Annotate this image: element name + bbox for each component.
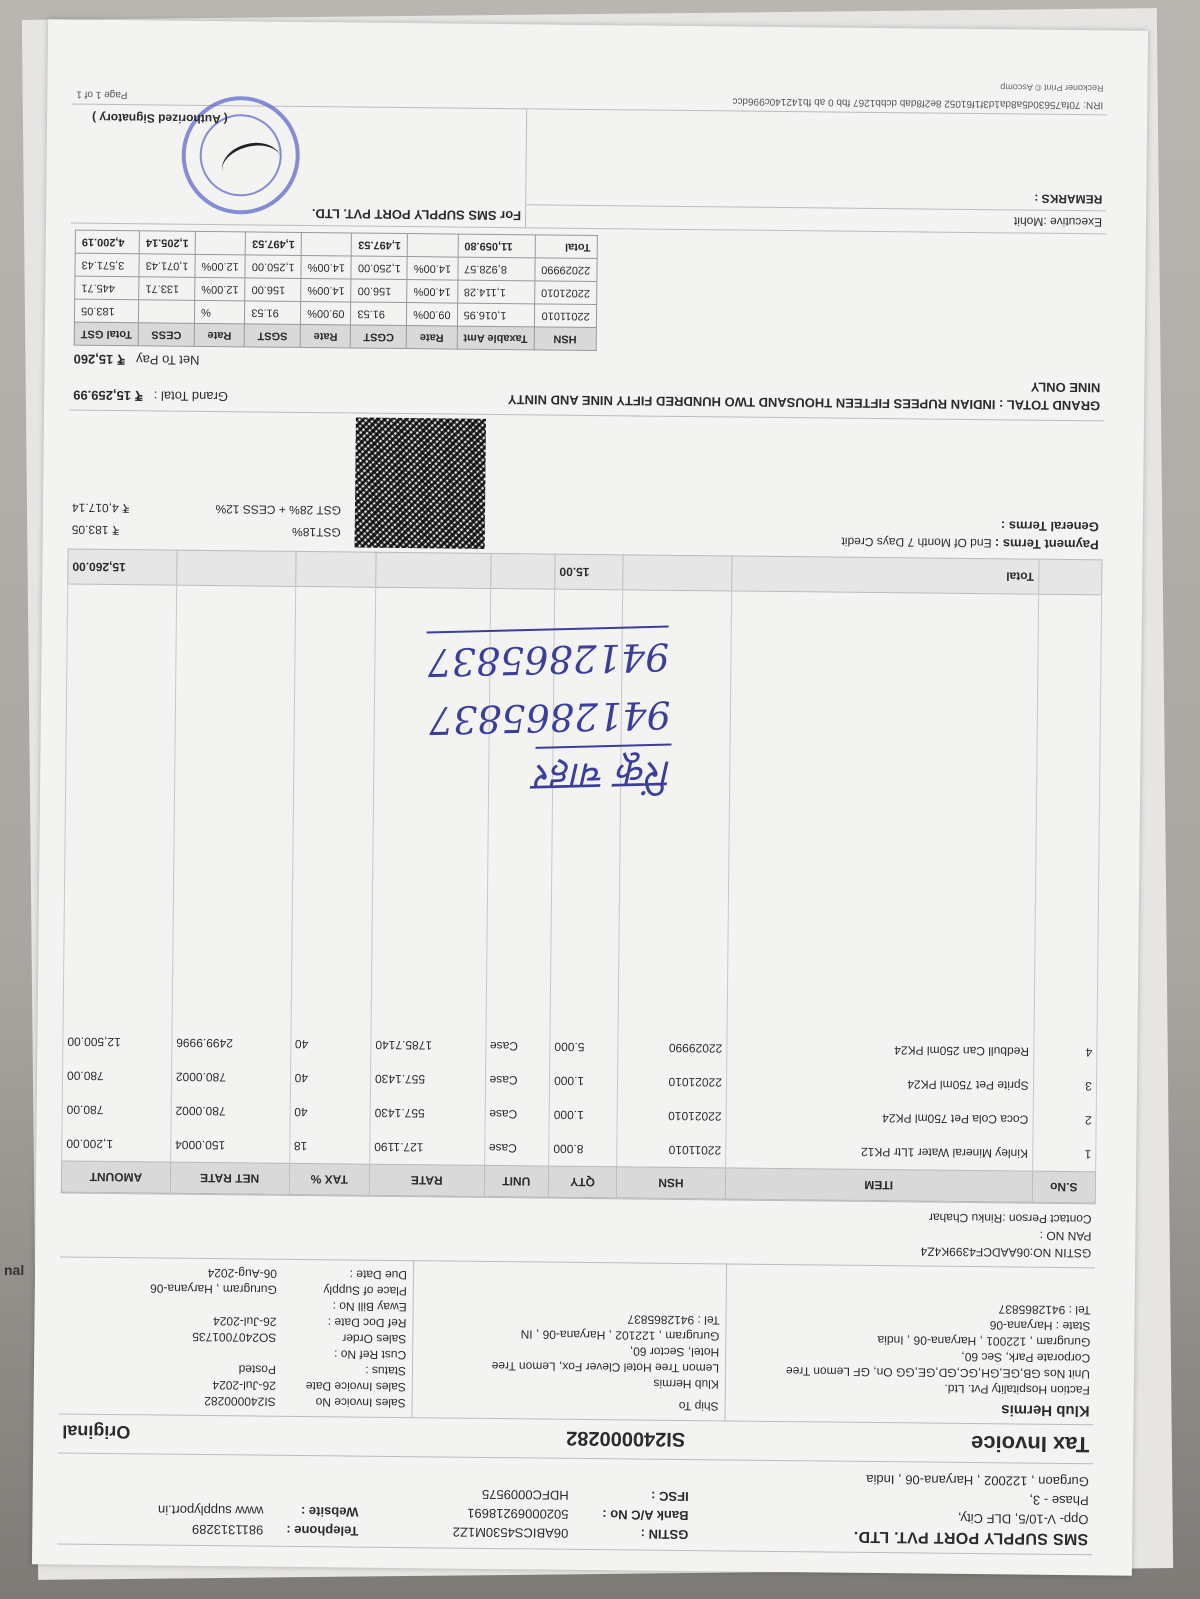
table-cell: 40 <box>290 1027 371 1062</box>
column-header: AMOUNT <box>61 1161 170 1193</box>
gst-column-header: Total GST <box>74 322 138 346</box>
grand-total-label: Grand Total : <box>154 388 228 404</box>
grand-total-value: ₹ 15,259.99 <box>73 388 143 404</box>
table-cell: 40 <box>290 1061 371 1096</box>
table-cell: 1785.7140 <box>371 1028 486 1063</box>
table-cell: 780.0002 <box>171 1094 290 1129</box>
meta-value: 06-Aug-2024 <box>208 1265 278 1282</box>
meta-label: Sales Invoice No <box>276 1394 406 1411</box>
table-cell: 127.1190 <box>370 1130 485 1166</box>
table-cell: 1.000 <box>549 1064 617 1099</box>
table-cell: 557.1430 <box>370 1062 485 1097</box>
table-cell: 2499.9996 <box>172 1026 291 1061</box>
table-cell: Case <box>485 1063 550 1098</box>
table-cell: Case <box>485 1097 550 1132</box>
table-cell: 2 <box>1033 1103 1097 1138</box>
gst-column-header: HSN <box>534 327 596 351</box>
invoice-number: SI240000282 <box>566 1426 685 1450</box>
table-cell: 40 <box>290 1095 371 1130</box>
table-cell: 22021010 <box>617 1098 726 1133</box>
table-cell: 1.000 <box>549 1098 617 1133</box>
bill-to: Klub Hermis Faction Hospitality Pvt. Ltd… <box>724 1264 1095 1424</box>
column-header: ITEM <box>725 1168 1032 1202</box>
website-value: www supplyport.in <box>158 1501 264 1521</box>
handwritten-note: रिंकू चाहर 9412865837 9412865837 <box>249 626 673 814</box>
for-company: For SMS SUPPLY PORT PVT. LTD. <box>75 204 521 224</box>
meta-label: Eway Bill No : <box>277 1298 407 1315</box>
ifsc-label: IFSC : <box>569 1486 689 1506</box>
gst-column-header: CESS <box>138 323 194 347</box>
column-header: HSN <box>616 1167 725 1199</box>
table-cell: 22011010 <box>617 1132 726 1168</box>
ship-to-line: Klub Hermis <box>419 1373 719 1392</box>
remarks: REMARKS : <box>526 126 1107 210</box>
table-cell: 150.0004 <box>170 1128 289 1164</box>
meta-value: 26-Jul-2024 <box>212 1377 276 1394</box>
table-cell: 780.00 <box>62 1092 171 1127</box>
bill-to-name: Klub Hermis <box>730 1398 1090 1418</box>
meta-label: Due Date : <box>277 1266 407 1283</box>
gst-column-header: SGST <box>244 324 300 348</box>
total-cell: 15,260.00 <box>68 549 177 585</box>
table-cell: Kinley Mineral Water 1Ltr PK12 <box>726 1133 1033 1171</box>
customer-contact: GSTIN NO:06AADCF4399K4Z4 PAN NO : Contac… <box>60 1192 1096 1267</box>
table-cell: 5.000 <box>550 1030 618 1065</box>
company-header: SMS SUPPLY PORT PVT. LTD. Opp- V-10/5, D… <box>57 1452 1093 1555</box>
meta-label: Cust Ref No : <box>276 1346 406 1363</box>
gst-breakup-table: HSNTaxable AmtRateCGSTRateSGSTRateCESSTo… <box>74 230 598 351</box>
total-cell: Total <box>732 556 1039 594</box>
table-cell: 22029990 <box>618 1030 727 1065</box>
irn: IRN: 70fa75630d5a8da1d3f1f61052 8e2f8dab… <box>732 95 1103 110</box>
ship-to-label: Ship To <box>419 1395 719 1414</box>
handwritten-phone: 9412865837 <box>250 686 671 754</box>
table-cell: Case <box>484 1131 549 1166</box>
footer-section: Executive :Mohit REMARKS : For SMS SUPPL… <box>71 104 1107 234</box>
website-label: Website : <box>263 1502 358 1522</box>
gstin-value: 06ABICS4530M1Z2 <box>453 1523 569 1543</box>
table-cell: 8.000 <box>549 1132 617 1167</box>
table-cell: 18 <box>289 1129 370 1164</box>
gst-slab-value: ₹ 183.05 <box>72 519 120 541</box>
ifsc-value: HDFC0009575 <box>482 1485 569 1505</box>
ship-to-line: Tel : 9412865837 <box>419 1309 719 1328</box>
payment-terms-label: Payment Terms : <box>995 536 1099 552</box>
meta-label: Sales Invoice Date <box>276 1378 406 1395</box>
gst-slab-label: GST 28% + CESS 12% <box>215 498 341 521</box>
total-cell: 15.00 <box>555 554 623 590</box>
parties-section: Klub Hermis Faction Hospitality Pvt. Ltd… <box>59 1256 1096 1424</box>
handwritten-phone: 9412865837 <box>427 626 670 692</box>
gst-slab-label: GST18% <box>292 521 341 544</box>
page-number: Page 1 of 1 <box>76 89 127 101</box>
column-header: RATE <box>369 1164 484 1196</box>
table-cell: 3 <box>1033 1069 1097 1104</box>
table-cell: 12,500.00 <box>63 1024 172 1059</box>
gstin-label: GSTIN : <box>568 1524 688 1544</box>
meta-value: SO2407001735 <box>192 1329 276 1346</box>
gst-column-header: Rate <box>406 326 457 350</box>
ship-to-line: Lemon Tree Hotel Clever Fox, Lemon Tree <box>419 1357 719 1376</box>
gst-column-header: CGST <box>351 325 407 349</box>
column-header: UNIT <box>484 1165 549 1197</box>
table-cell: 4 <box>1033 1035 1097 1070</box>
grand-total-section: GRAND TOTAL : INDIAN RUPEES FIFTEEN THOU… <box>69 223 1106 421</box>
meta-label: Sales Order <box>276 1330 406 1347</box>
general-terms-label: General Terms : <box>1001 518 1099 534</box>
table-cell: Redbull Can 250ml PK24 <box>727 1031 1034 1068</box>
telephone-label: Telephone : <box>263 1521 358 1541</box>
e-invoice-qr-code <box>355 418 486 549</box>
table-cell: Sprite Pet 750ml PK24 <box>726 1065 1033 1102</box>
gst-summary: GST18%₹ 183.05GST 28% + CESS 12%₹ 4,017.… <box>68 411 346 552</box>
meta-value: Posted <box>239 1361 277 1377</box>
table-cell: 557.1430 <box>370 1096 485 1131</box>
meta-label: Ref Doc Date : <box>276 1314 406 1331</box>
invoice-page: SMS SUPPLY PORT PVT. LTD. Opp- V-10/5, D… <box>32 19 1148 1575</box>
ship-to-line: Hotel, Sector 60, <box>419 1341 719 1360</box>
table-cell: 780.0002 <box>171 1060 290 1095</box>
net-to-pay-label: Net To Pay <box>136 352 200 368</box>
meta-value: 26-Jul-2024 <box>213 1313 277 1330</box>
table-cell: Coca Cola Pet 750ml PK24 <box>726 1099 1033 1136</box>
column-header: S.No <box>1032 1171 1096 1203</box>
doc-type: Tax Invoice <box>971 1430 1089 1457</box>
telephone-value: 9811313289 <box>192 1520 264 1540</box>
amount-in-words: GRAND TOTAL : INDIAN RUPEES FIFTEEN THOU… <box>480 372 1100 414</box>
gst-column-header: Rate <box>194 323 245 347</box>
table-cell: 1 <box>1032 1137 1096 1172</box>
table-cell: 1,200.00 <box>62 1126 171 1162</box>
copy-label: Original <box>62 1421 130 1443</box>
column-header: TAX % <box>289 1163 370 1195</box>
gst-column-header: Rate <box>300 324 351 348</box>
handwritten-name: रिंकू चाहर <box>535 744 673 807</box>
column-header: QTY <box>548 1166 616 1198</box>
edge-text: nal <box>4 1262 24 1278</box>
gst-column-header: Taxable Amt <box>457 326 534 350</box>
table-cell: 22021010 <box>617 1064 726 1099</box>
meta-label: Status : <box>276 1362 406 1379</box>
invoice-meta: Sales Invoice NoSI240000282Sales Invoice… <box>59 1257 414 1417</box>
authorized-signatory: ( Authorized Signatory ) <box>92 111 228 126</box>
payment-terms-value: End Of Month 7 Days Credit <box>841 535 991 551</box>
table-cell: Case <box>485 1029 550 1064</box>
bank-label: Bank A/C No : <box>568 1505 688 1525</box>
terms-section: Payment Terms : End Of Month 7 Days Cred… <box>68 410 1104 560</box>
meta-label: Place of Supply <box>277 1282 407 1299</box>
column-header: NET RATE <box>170 1162 289 1194</box>
ship-to: Ship To Klub Hermis Lemon Tree Hotel Cle… <box>412 1261 727 1420</box>
meta-value: Gurugram , Haryana-06 <box>150 1280 277 1297</box>
gst-slab-value: ₹ 4,017.14 <box>72 497 130 520</box>
ship-to-line: Gurugram , 122102 , Haryana-06 , IN <box>419 1325 719 1344</box>
net-to-pay-value: ₹ 15,260 <box>73 352 125 368</box>
table-cell: 780.00 <box>62 1058 171 1093</box>
meta-value: SI240000282 <box>204 1393 276 1410</box>
bank-value: 50200069218691 <box>467 1504 568 1524</box>
